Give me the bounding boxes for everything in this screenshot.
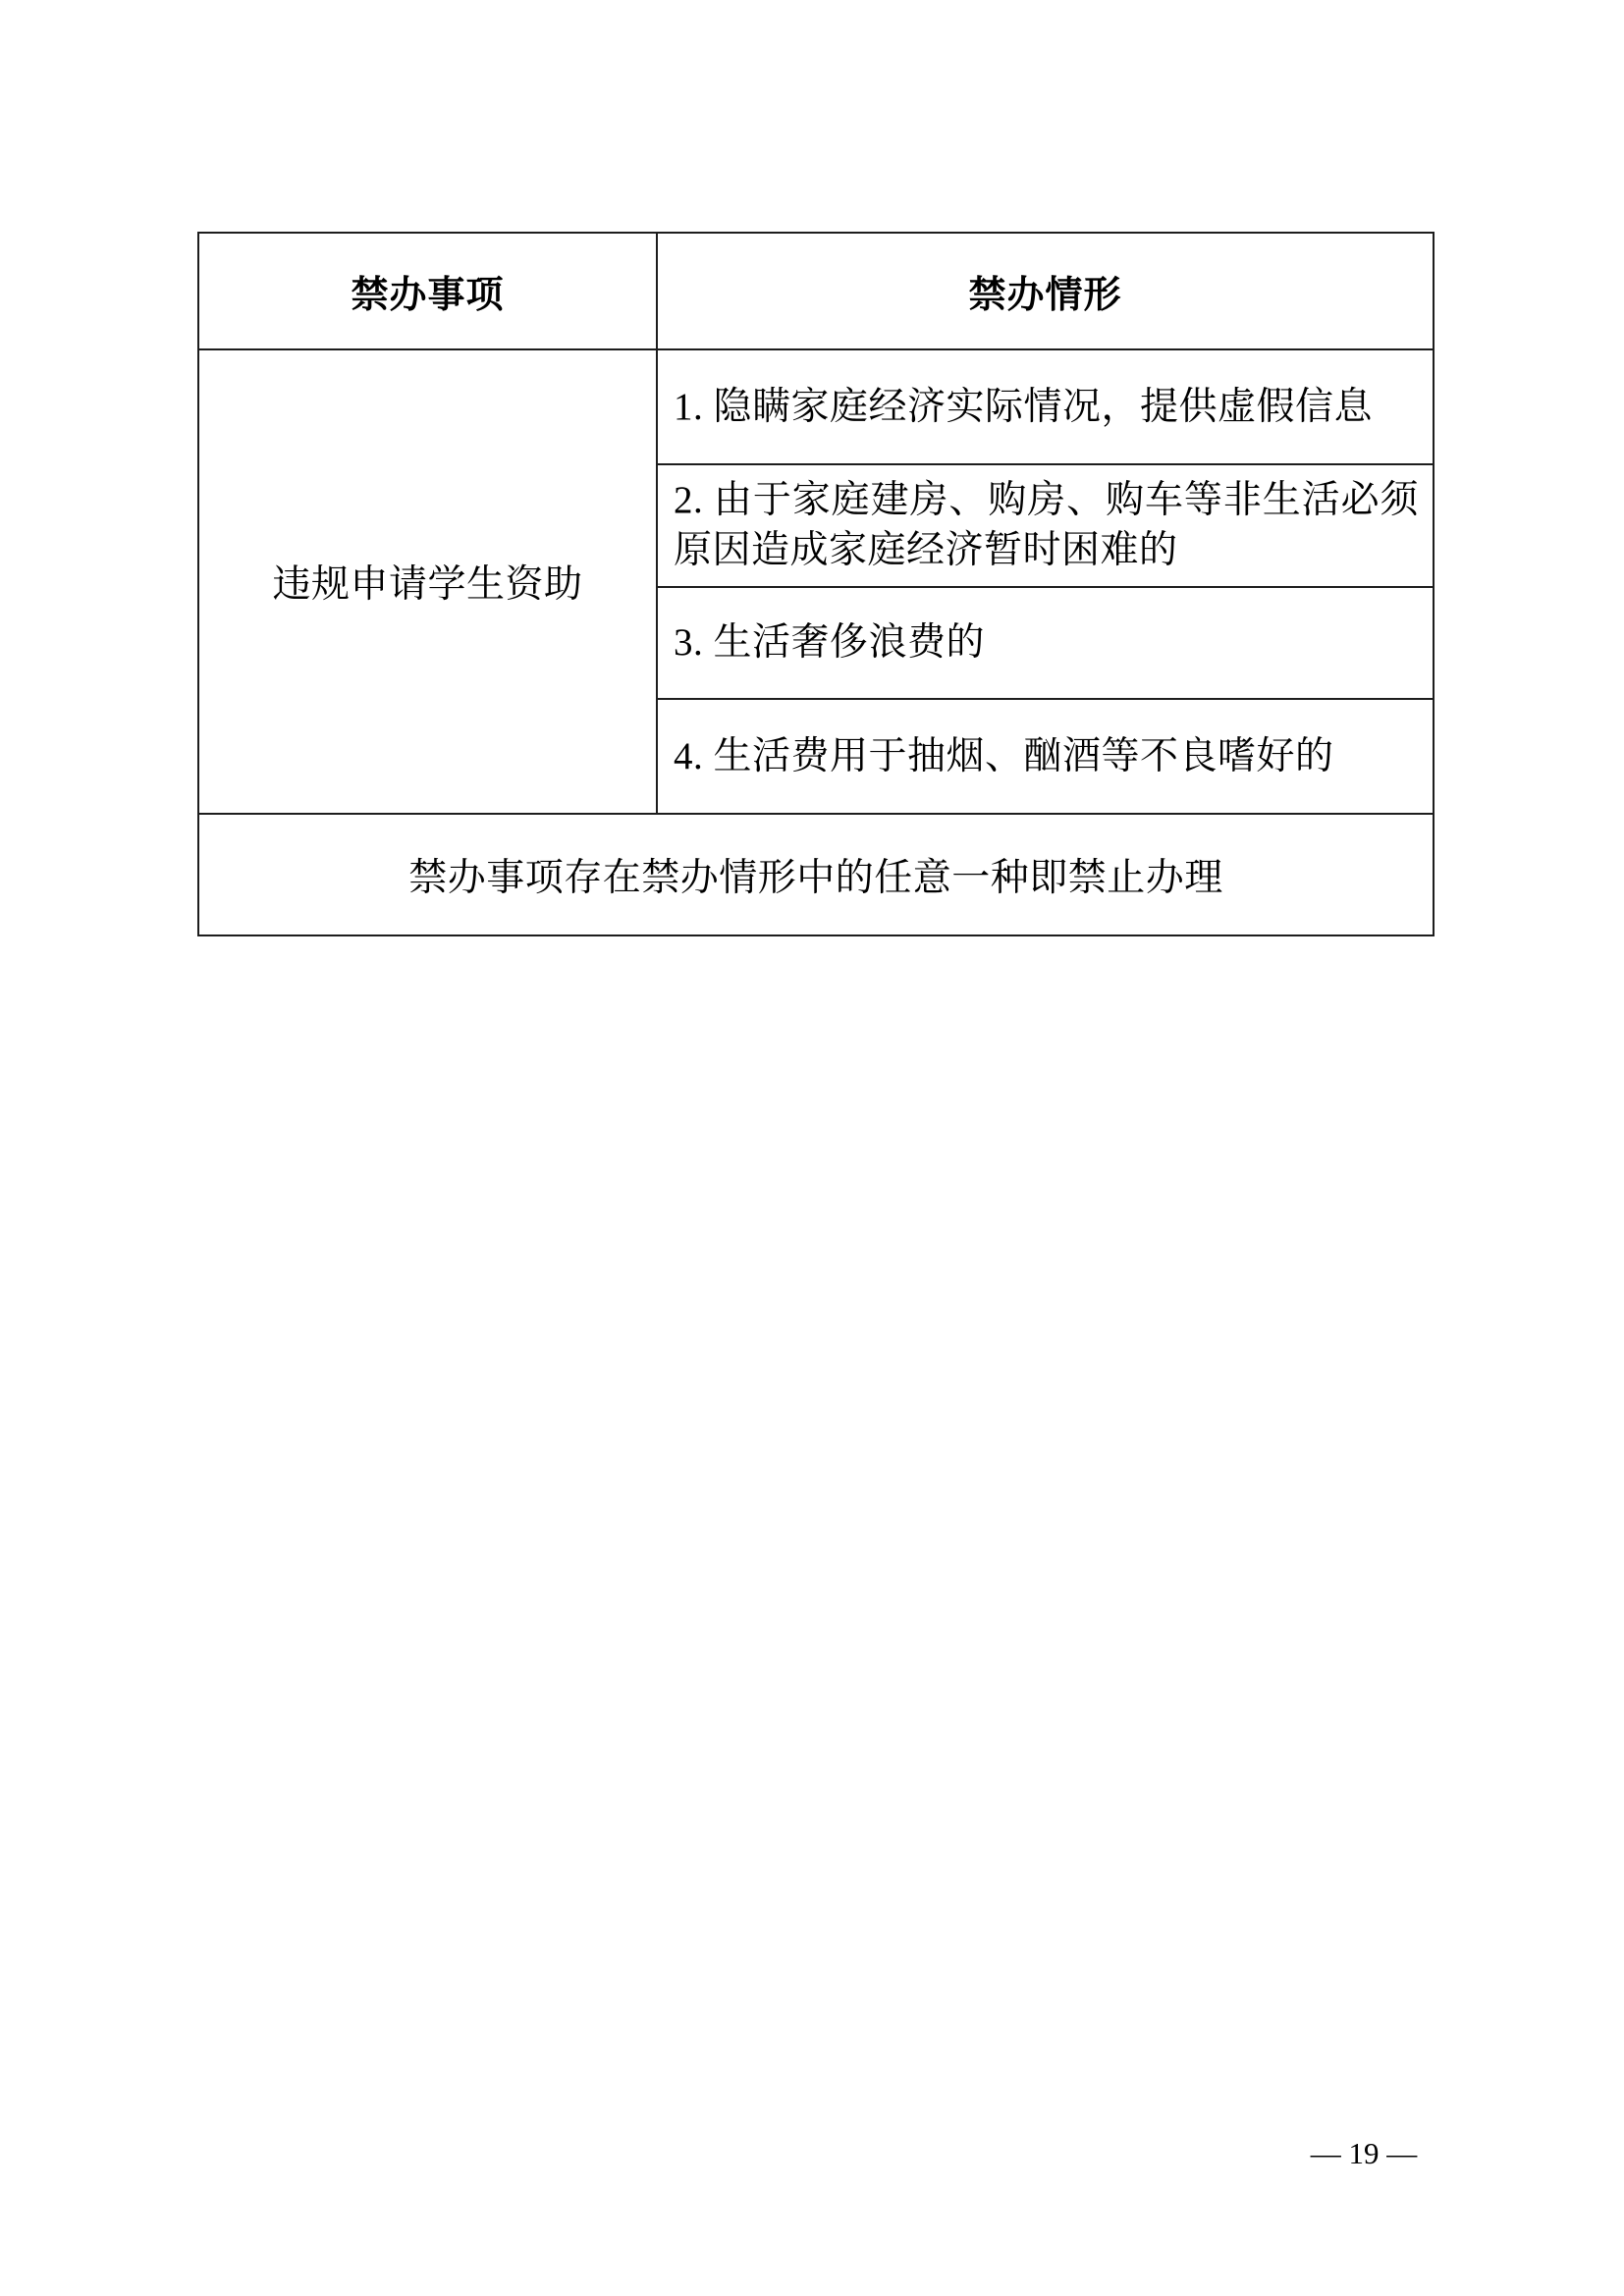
table-header-row: 禁办事项 禁办情形 — [198, 233, 1434, 349]
table-row: 违规申请学生资助 1. 隐瞒家庭经济实际情况，提供虚假信息 — [198, 349, 1434, 464]
header-prohibited-item: 禁办事项 — [198, 233, 657, 349]
cell-circumstance-1: 1. 隐瞒家庭经济实际情况，提供虚假信息 — [657, 349, 1434, 464]
cell-prohibited-item-label: 违规申请学生资助 — [198, 349, 657, 814]
cell-circumstance-4: 4. 生活费用于抽烟、酗酒等不良嗜好的 — [657, 699, 1434, 814]
header-prohibited-circumstance: 禁办情形 — [657, 233, 1434, 349]
cell-circumstance-3: 3. 生活奢侈浪费的 — [657, 587, 1434, 699]
document-page: 禁办事项 禁办情形 违规申请学生资助 1. 隐瞒家庭经济实际情况，提供虚假信息 … — [0, 0, 1624, 2296]
page-number: — 19 — — [1275, 2136, 1452, 2171]
table-footer-row: 禁办事项存在禁办情形中的任意一种即禁止办理 — [198, 814, 1434, 935]
cell-circumstance-2: 2. 由于家庭建房、购房、购车等非生活必须原因造成家庭经济暂时困难的 — [657, 464, 1434, 587]
table-footer-note: 禁办事项存在禁办情形中的任意一种即禁止办理 — [198, 814, 1434, 935]
prohibition-table: 禁办事项 禁办情形 违规申请学生资助 1. 隐瞒家庭经济实际情况，提供虚假信息 … — [197, 232, 1435, 936]
